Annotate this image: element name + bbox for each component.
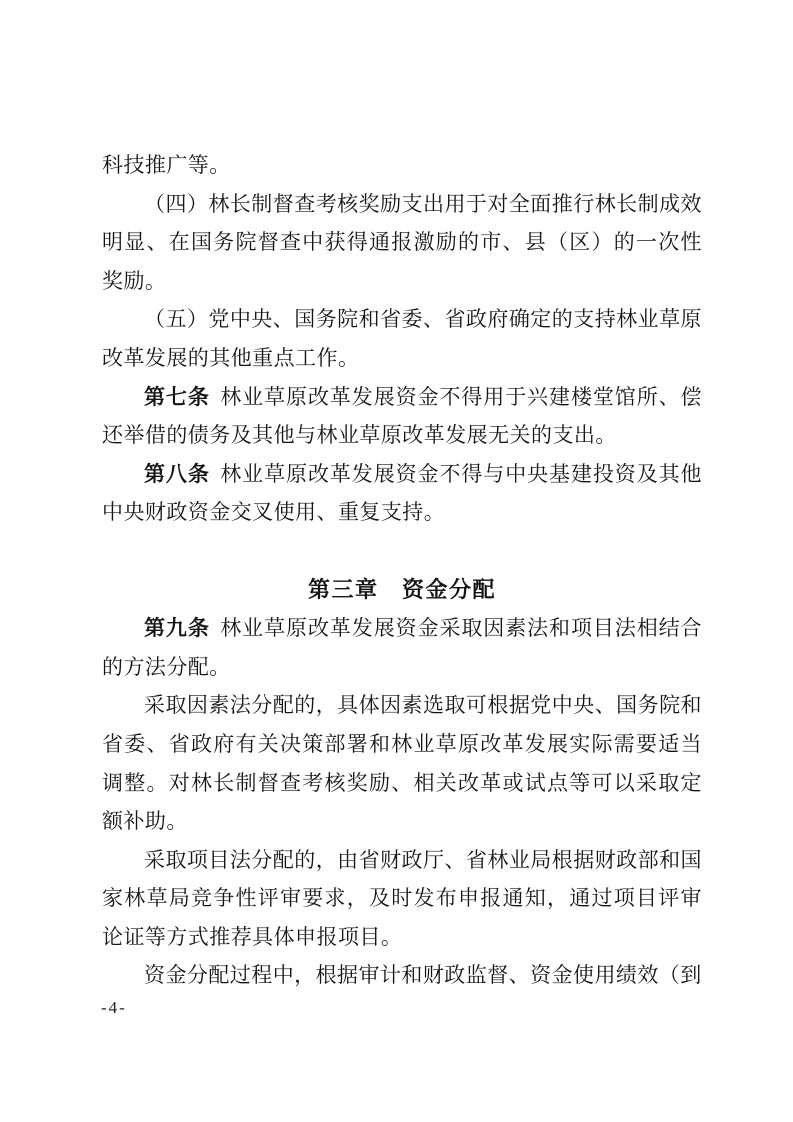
document-body: 科技推广等。（四）林长制督查考核奖励支出用于对全面推行林长制成效明显、在国务院督… xyxy=(102,146,702,995)
paragraph: 第七条林业草原改革发展资金不得用于兴建楼堂馆所、偿还举借的债务及其他与林业草原改… xyxy=(102,378,702,455)
paragraph: （五）党中央、国务院和省委、省政府确定的支持林业草原改革发展的其他重点工作。 xyxy=(102,300,702,377)
article-number: 第八条 xyxy=(144,462,210,486)
page-number: -4- xyxy=(101,996,127,1020)
paragraph: 第八条林业草原改革发展资金不得与中央基建投资及其他中央财政资金交叉使用、重复支持… xyxy=(102,455,702,532)
chapter-heading: 第三章 资金分配 xyxy=(102,571,702,610)
article-number: 第九条 xyxy=(144,616,210,640)
paragraph: 科技推广等。 xyxy=(102,146,702,185)
paragraph: 第九条林业草原改革发展资金采取因素法和项目法相结合的方法分配。 xyxy=(102,609,702,686)
paragraph: 采取项目法分配的，由省财政厅、省林业局根据财政部和国家林草局竞争性评审要求，及时… xyxy=(102,841,702,957)
article-number: 第七条 xyxy=(144,385,210,409)
paragraph: 资金分配过程中，根据审计和财政监督、资金使用绩效（到 xyxy=(102,956,702,995)
paragraph: 采取因素法分配的，具体因素选取可根据党中央、国务院和省委、省政府有关决策部署和林… xyxy=(102,686,702,840)
paragraph: （四）林长制督查考核奖励支出用于对全面推行林长制成效明显、在国务院督查中获得通报… xyxy=(102,185,702,301)
document-page: 科技推广等。（四）林长制督查考核奖励支出用于对全面推行林长制成效明显、在国务院督… xyxy=(0,0,793,1122)
